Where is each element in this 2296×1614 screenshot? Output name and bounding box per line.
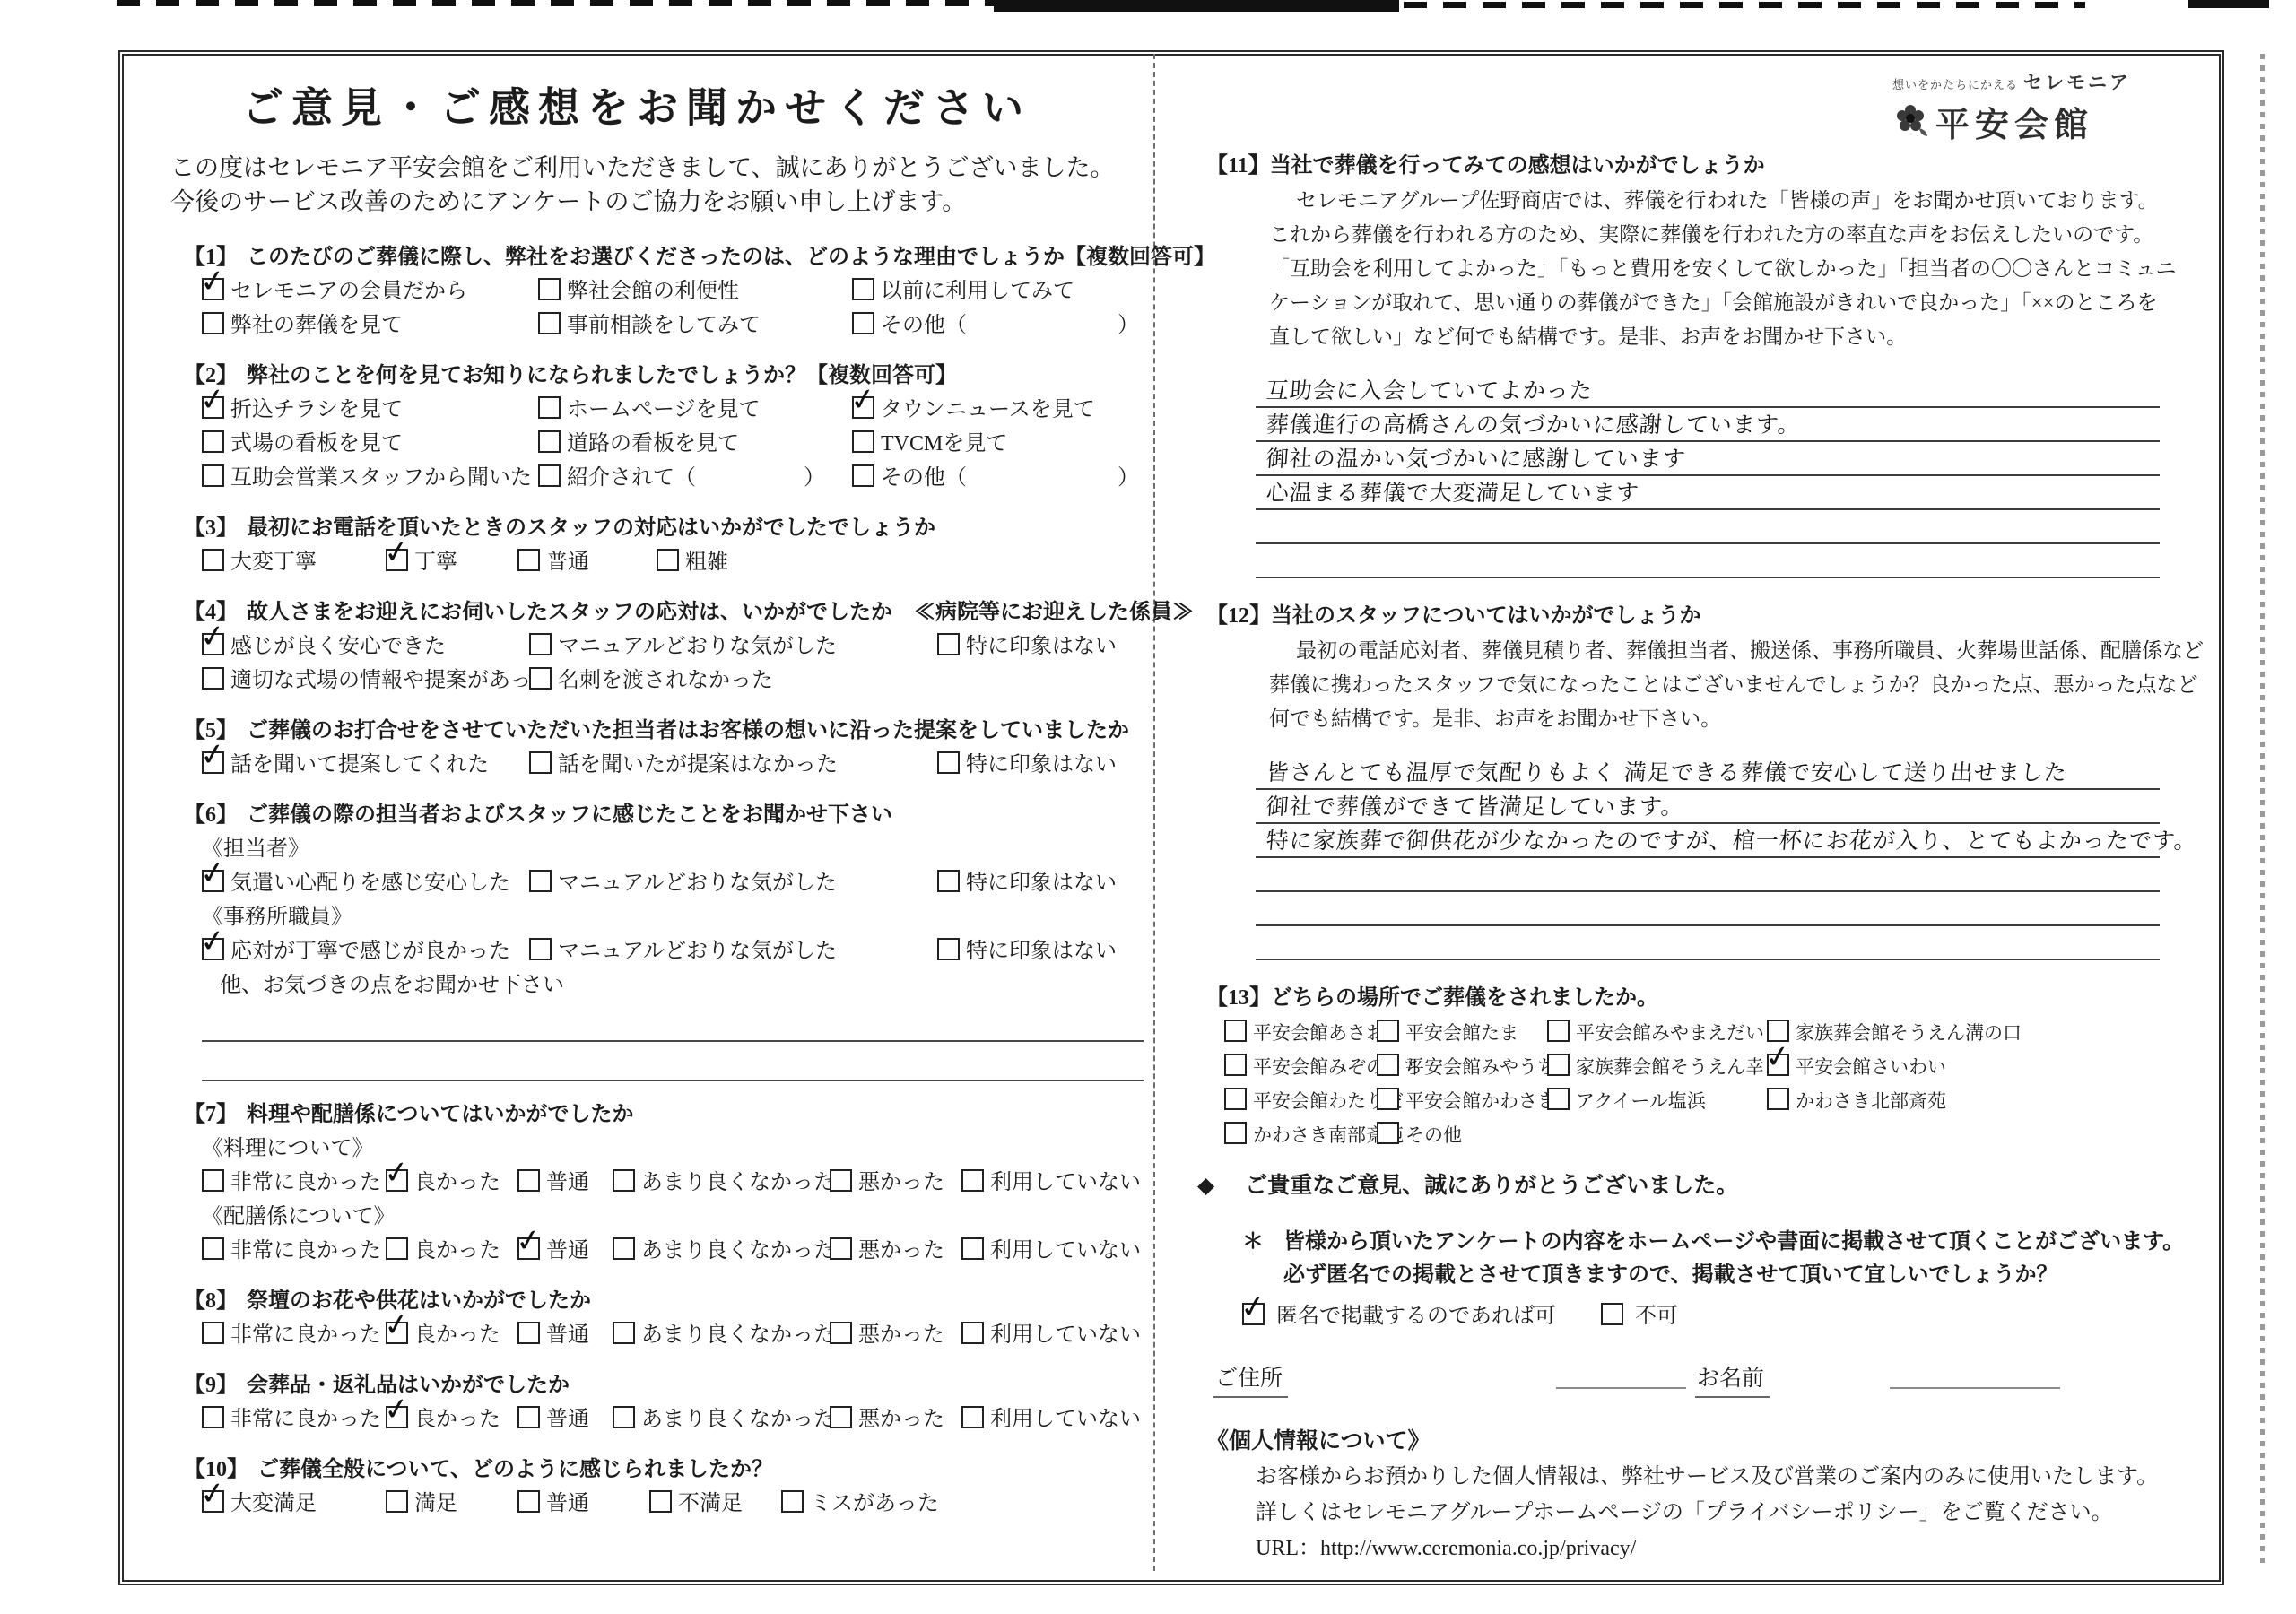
survey-option[interactable]: ミスがあった: [781, 1487, 1142, 1521]
checked-checkbox[interactable]: [386, 1406, 408, 1428]
answer-line[interactable]: [1256, 892, 2160, 926]
question-text: 故人さまをお迎えにお伺いしたスタッフの応対は、いかがでしたか ≪病院等にお迎えし…: [247, 601, 1194, 624]
checked-checkbox[interactable]: [852, 396, 874, 419]
question-text: ご葬儀全般について、どのように感じられましたか？: [257, 1458, 773, 1481]
question-text: 会葬品・返礼品はいかがでしたか: [247, 1374, 570, 1397]
option-label: 事前相談をしてみて: [567, 314, 761, 337]
survey-option[interactable]: 丁寧: [386, 545, 517, 579]
answer-line[interactable]: [1256, 510, 2160, 544]
scan-artifact: [2188, 0, 2269, 8]
checkbox[interactable]: [529, 938, 552, 960]
option-label: 非常に良かった: [230, 1323, 381, 1347]
option-label: 利用していない: [990, 1171, 1141, 1194]
options-row: セレモニアの会員だから弊社会館の利便性以前に利用してみて: [184, 274, 1142, 308]
checked-checkbox[interactable]: [386, 1169, 408, 1192]
left-column: 【1】このたびのご葬儀に際し、弊社をお選びくださったのは、どのような理由でしょう…: [184, 240, 1142, 1537]
scanned-survey-page: ご意見・ご感想をお聞かせください この度はセレモニア平安会館をご利用いただきまし…: [0, 0, 2296, 1614]
option-label: ミスがあった: [810, 1492, 939, 1515]
question-label: 【9】会葬品・返礼品はいかがでしたか: [184, 1368, 1142, 1402]
survey-option[interactable]: 非常に良かった: [202, 1318, 386, 1352]
survey-option[interactable]: 非常に良かった: [202, 1166, 386, 1200]
answer-line[interactable]: [1256, 858, 2160, 892]
options-row: 互助会営業スタッフから聞いた紹介されて（ ）その他（ ）: [184, 461, 1142, 495]
checkbox[interactable]: [386, 1237, 408, 1260]
checkbox[interactable]: [852, 312, 874, 334]
survey-option[interactable]: 弊社会館の利便性: [538, 274, 852, 308]
address-label: ご住所: [1213, 1360, 1288, 1398]
survey-option[interactable]: 平安会館あさお: [1224, 1016, 1377, 1050]
checked-checkbox[interactable]: [517, 1237, 540, 1260]
checkbox[interactable]: [202, 1322, 224, 1344]
question-number: 【3】: [184, 516, 238, 540]
survey-option[interactable]: 気遣い心配りを感じ安心した: [202, 866, 529, 900]
survey-option[interactable]: あまり良くなかった: [613, 1234, 830, 1268]
survey-option[interactable]: セレモニアの会員だから: [202, 274, 538, 308]
question-label: 【4】故人さまをお迎えにお伺いしたスタッフの応対は、いかがでしたか ≪病院等にお…: [184, 595, 1142, 629]
survey-option[interactable]: 平安会館みやまえだいら: [1547, 1016, 1767, 1050]
option-label: 悪かった: [858, 1323, 944, 1347]
survey-option[interactable]: その他（ ）: [852, 461, 1142, 495]
question-12: 【12】当社のスタッフについてはいかがでしょうか最初の電話応対者、葬儀見積り者、…: [1206, 598, 2204, 960]
thanks-note: ◆ ご貴重なご意見、誠にありがとうございました。: [1197, 1170, 2204, 1202]
option-label: 感じが良く安心できた: [230, 635, 446, 658]
handwritten-answer: 互助会に入会していてよかった: [1265, 373, 1595, 405]
option-label: その他（ ）: [881, 466, 1139, 490]
checkbox[interactable]: [202, 549, 224, 571]
checked-checkbox[interactable]: [202, 1490, 224, 1513]
checked-checkbox[interactable]: [202, 870, 224, 892]
survey-option[interactable]: 良かった: [386, 1166, 517, 1200]
survey-option[interactable]: 式場の看板を見て: [202, 427, 538, 461]
options-row: 平安会館みぞのくち平安会館みやうち家族葬会館そうえん幸平安会館さいわい: [1206, 1050, 2204, 1084]
options-row: 気遣い心配りを感じ安心したマニュアルどおりな気がした特に印象はない: [184, 866, 1142, 900]
options-row: 式場の看板を見て道路の看板を見てTVCMを見て: [184, 427, 1142, 461]
survey-option[interactable]: 平安会館たま: [1377, 1016, 1547, 1050]
survey-option[interactable]: アクイール塩浜: [1547, 1084, 1767, 1118]
survey-option[interactable]: 粗雑: [657, 545, 1142, 579]
checkbox[interactable]: [613, 1322, 635, 1344]
option-label: 非常に良かった: [230, 1239, 381, 1263]
survey-option[interactable]: あまり良くなかった: [613, 1166, 830, 1200]
checkbox[interactable]: [386, 1490, 408, 1513]
answer-line[interactable]: 皆さんとても温厚で気配りもよく 満足できる葬儀で安心して送り出せました: [1256, 756, 2160, 790]
survey-option[interactable]: 利用していない: [961, 1318, 1142, 1352]
survey-option[interactable]: あまり良くなかった: [613, 1318, 830, 1352]
survey-option[interactable]: 平安会館みぞのくち: [1224, 1050, 1377, 1084]
checkbox[interactable]: [937, 633, 960, 655]
right-column: 【11】当社で葬儀を行ってみての感想はいかがでしょうかセレモニアグループ佐野商店…: [1206, 148, 2204, 1566]
option-label: 満足: [414, 1492, 457, 1515]
checkbox[interactable]: [830, 1169, 852, 1192]
question-label: 【11】当社で葬儀を行ってみての感想はいかがでしょうか: [1206, 148, 2204, 184]
survey-option[interactable]: 特に印象はない: [937, 934, 1142, 968]
survey-option[interactable]: 家族葬会館そうえん溝の口: [1767, 1016, 2204, 1050]
survey-option[interactable]: 利用していない: [961, 1402, 1142, 1436]
checkbox[interactable]: [1377, 1020, 1399, 1042]
option-label: 良かった: [414, 1239, 500, 1263]
question-label: 【8】祭壇のお花や供花はいかがでしたか: [184, 1284, 1142, 1318]
answer-line[interactable]: [202, 1002, 1144, 1042]
survey-option[interactable]: 平安会館かわさき: [1377, 1084, 1547, 1118]
option-label: 大変丁寧: [230, 551, 317, 574]
survey-option[interactable]: 平安会館さいわい: [1767, 1050, 2204, 1084]
checkbox[interactable]: [830, 1237, 852, 1260]
option-label: 話を聞いたが提案はなかった: [558, 753, 838, 777]
survey-option[interactable]: 良かった: [386, 1318, 517, 1352]
question-text: どちらの場所でご葬儀をされましたか。: [1271, 986, 1658, 1010]
options-row: 大変丁寧丁寧普通粗雑: [184, 545, 1142, 579]
checkbox[interactable]: [937, 751, 960, 774]
checkbox[interactable]: [517, 1322, 540, 1344]
question-11: 【11】当社で葬儀を行ってみての感想はいかがでしょうかセレモニアグループ佐野商店…: [1206, 148, 2204, 578]
option-label: アクイール塩浜: [1576, 1090, 1706, 1112]
survey-option[interactable]: 不満足: [649, 1487, 781, 1521]
survey-option[interactable]: 普通: [517, 1402, 613, 1436]
answer-line[interactable]: [1256, 544, 2160, 578]
option-label: 利用していない: [990, 1408, 1141, 1431]
survey-option[interactable]: マニュアルどおりな気がした: [529, 629, 937, 664]
checkbox[interactable]: [1547, 1054, 1570, 1076]
question-text: 祭壇のお花や供花はいかがでしたか: [247, 1289, 591, 1313]
handwritten-answer: 皆さんとても温厚で気配りもよく 満足できる葬儀で安心して送り出せました: [1265, 755, 2068, 787]
survey-option[interactable]: 特に印象はない: [937, 748, 1142, 782]
question-number: 【9】: [184, 1374, 238, 1397]
question-label: 【1】このたびのご葬儀に際し、弊社をお選びくださったのは、どのような理由でしょう…: [184, 240, 1142, 274]
checkbox[interactable]: [202, 430, 224, 453]
survey-option[interactable]: 適切な式場の情報や提案があった: [202, 664, 529, 698]
question-text: このたびのご葬儀に際し、弊社をお選びくださったのは、どのような理由でしょうか【複…: [247, 246, 1215, 269]
option-label: その他: [1405, 1124, 1462, 1146]
question-text: 最初にお電話を頂いたときのスタッフの対応はいかがでしたでしょうか: [247, 516, 935, 540]
survey-option[interactable]: 利用していない: [961, 1166, 1142, 1200]
column-divider-dashed-line: [1153, 54, 1155, 1571]
survey-option[interactable]: 名刺を渡されなかった: [529, 664, 937, 698]
survey-option[interactable]: 特に印象はない: [937, 866, 1142, 900]
checkbox[interactable]: [529, 633, 552, 655]
question-number: 【8】: [184, 1289, 238, 1313]
survey-option[interactable]: 普通: [517, 1166, 613, 1200]
checkbox[interactable]: [202, 1237, 224, 1260]
handwritten-answer: 御社で葬儀ができて皆満足しています。: [1265, 789, 1686, 821]
survey-option[interactable]: 特に印象はない: [937, 629, 1142, 664]
answer-line[interactable]: 御社の温かい気づかいに感謝しています: [1256, 442, 2160, 476]
survey-option[interactable]: 事前相談をしてみて: [538, 308, 852, 343]
question-block: 【6】ご葬儀の際の担当者およびスタッフに感じたことをお聞かせ下さい《担当者》気遣…: [184, 798, 1142, 1081]
description-line: ケーションが取れて、思い通りの葬儀ができた」「会館施設がきれいで良かった」「××…: [1269, 286, 2204, 320]
option-label: セレモニアの会員だから: [230, 280, 467, 303]
option-label: 普通: [546, 1323, 589, 1347]
handwritten-answer: 心温まる葬儀で大変満足しています: [1265, 475, 1641, 508]
option-label: 悪かった: [858, 1408, 944, 1431]
answer-line[interactable]: 御社で葬儀ができて皆満足しています。: [1256, 790, 2160, 824]
checkbox[interactable]: [1601, 1303, 1623, 1325]
checkbox[interactable]: [517, 549, 540, 571]
checkbox[interactable]: [202, 667, 224, 690]
answer-line[interactable]: 特に家族葬で御供花が少なかったのですが、棺一杯にお花が入り、とてもよかったです。: [1256, 824, 2160, 858]
checkbox[interactable]: [1242, 1303, 1265, 1325]
survey-option[interactable]: 大変満足: [202, 1487, 386, 1521]
survey-option[interactable]: その他: [1377, 1118, 1547, 1152]
privacy-url: URL：http://www.ceremonia.co.jp/privacy/: [1256, 1531, 2204, 1566]
option-label: 式場の看板を見て: [230, 432, 403, 456]
consent-row: 匿名で掲載するのであれば可 不可: [1206, 1297, 2204, 1335]
checkbox[interactable]: [1547, 1088, 1570, 1110]
checkbox[interactable]: [961, 1169, 984, 1192]
question-label: 【12】当社のスタッフについてはいかがでしょうか: [1206, 598, 2204, 634]
checkbox[interactable]: [852, 464, 874, 487]
question-block: 【4】故人さまをお迎えにお伺いしたスタッフの応対は、いかがでしたか ≪病院等にお…: [184, 595, 1142, 698]
checkbox[interactable]: [202, 1406, 224, 1428]
option-label: 以前に利用してみて: [881, 280, 1074, 303]
name-input-line[interactable]: [1890, 1360, 2060, 1389]
question-block: 【10】ご葬儀全般について、どのように感じられましたか？大変満足満足普通不満足ミ…: [184, 1453, 1142, 1521]
address-input-line[interactable]: [1556, 1360, 1686, 1389]
option-label: あまり良くなかった: [641, 1323, 835, 1347]
survey-option[interactable]: 平安会館わたりだ: [1224, 1084, 1377, 1118]
checkbox[interactable]: [1224, 1088, 1247, 1110]
checkbox[interactable]: [538, 278, 561, 300]
publication-note: ＊ 皆様から頂いたアンケートの内容をホームページや書面に掲載させて頂くことがござ…: [1242, 1226, 2204, 1292]
checkbox[interactable]: [830, 1406, 852, 1428]
checkbox[interactable]: [538, 312, 561, 334]
option-label: 平安会館さいわい: [1796, 1056, 1946, 1078]
checkbox[interactable]: [1377, 1122, 1399, 1144]
option-label: 折込チラシを見て: [230, 398, 403, 421]
checkbox[interactable]: [613, 1237, 635, 1260]
question-label: 【6】ご葬儀の際の担当者およびスタッフに感じたことをお聞かせ下さい: [184, 798, 1142, 832]
question-number: 【12】: [1206, 604, 1271, 628]
option-label: 利用していない: [990, 1239, 1141, 1263]
answer-line[interactable]: 葬儀進行の高橋さんの気づかいに感謝しています。: [1256, 408, 2160, 442]
checkbox[interactable]: [852, 430, 874, 453]
option-label: 普通: [546, 1239, 589, 1263]
handwritten-answer: 葬儀進行の高橋さんの気づかいに感謝しています。: [1265, 407, 1803, 439]
checkbox[interactable]: [202, 1169, 224, 1192]
question-label: 【7】料理や配膳係についてはいかがでしたか: [184, 1098, 1142, 1132]
checked-checkbox[interactable]: [386, 549, 408, 571]
checkbox[interactable]: [529, 870, 552, 892]
survey-option[interactable]: 応対が丁寧で感じが良かった: [202, 934, 529, 968]
survey-option[interactable]: 非常に良かった: [202, 1402, 386, 1436]
survey-option[interactable]: 普通: [517, 1487, 649, 1521]
checkbox[interactable]: [1224, 1054, 1247, 1076]
checkbox[interactable]: [961, 1322, 984, 1344]
checkbox[interactable]: [538, 430, 561, 453]
checkbox[interactable]: [613, 1406, 635, 1428]
survey-option[interactable]: 悪かった: [830, 1402, 961, 1436]
survey-option[interactable]: 良かった: [386, 1402, 517, 1436]
description-line: 「互助会を利用してよかった」「もっと費用を安くして欲しかった」「担当者の〇〇さん…: [1269, 252, 2204, 286]
option-label: 紹介されて（ ）: [567, 466, 825, 490]
checked-checkbox[interactable]: [202, 938, 224, 960]
survey-option[interactable]: あまり良くなかった: [613, 1402, 830, 1436]
checkbox[interactable]: [538, 464, 561, 487]
checkbox[interactable]: [961, 1237, 984, 1260]
answer-line[interactable]: [202, 1042, 1144, 1081]
checkbox[interactable]: [657, 549, 679, 571]
survey-option[interactable]: 家族葬会館そうえん幸: [1547, 1050, 1767, 1084]
survey-option[interactable]: TVCMを見て: [852, 427, 1142, 461]
brand-name: セレモニア: [2023, 72, 2131, 93]
question-block: 【7】料理や配膳係についてはいかがでしたか《料理について》非常に良かった良かった…: [184, 1098, 1142, 1268]
checkbox[interactable]: [961, 1406, 984, 1428]
brand-logo: 想いをかたちにかえるセレモニア 平安会館: [1892, 68, 2188, 146]
checkbox[interactable]: [1224, 1122, 1247, 1144]
options-row: 非常に良かった良かった普通あまり良くなかった悪かった利用していない: [184, 1234, 1142, 1268]
survey-option[interactable]: 大変丁寧: [202, 545, 386, 579]
question-number: 【6】: [184, 803, 238, 827]
checked-checkbox[interactable]: [202, 396, 224, 419]
checkbox[interactable]: [1767, 1088, 1789, 1110]
survey-option[interactable]: 非常に良かった: [202, 1234, 386, 1268]
option-label: 特に印象はない: [966, 940, 1117, 963]
answer-line[interactable]: 互助会に入会していてよかった: [1256, 374, 2160, 408]
handwritten-answer: 御社の温かい気づかいに感謝しています: [1265, 441, 1688, 473]
option-label: 家族葬会館そうえん幸: [1576, 1056, 1764, 1078]
survey-option[interactable]: 良かった: [386, 1234, 517, 1268]
publication-note-line-2: 必ず匿名での掲載とさせて頂きますので、掲載させて頂いて宜しいでしょうか？: [1283, 1259, 2184, 1292]
survey-option[interactable]: 悪かった: [830, 1166, 961, 1200]
option-label: 粗雑: [685, 551, 728, 574]
brand-tagline: 想いをかたちにかえるセレモニア: [1892, 68, 2188, 95]
scan-artifact: [994, 0, 1399, 12]
survey-option[interactable]: 折込チラシを見て: [202, 393, 538, 427]
option-label: TVCMを見て: [881, 432, 1007, 456]
checkbox[interactable]: [1547, 1020, 1570, 1042]
checkbox[interactable]: [1377, 1088, 1399, 1110]
answer-line[interactable]: 心温まる葬儀で大変満足しています: [1256, 476, 2160, 510]
checkbox[interactable]: [538, 396, 561, 419]
survey-option[interactable]: 話を聞いて提案してくれた: [202, 748, 529, 782]
option-label: 悪かった: [858, 1239, 944, 1263]
question-text: 料理や配膳係についてはいかがでしたか: [247, 1103, 634, 1126]
checked-checkbox[interactable]: [202, 278, 224, 300]
question-label: 【5】ご葬儀のお打合せをさせていただいた担当者はお客様の想いに沿った提案をしてい…: [184, 714, 1142, 748]
description-line: 最初の電話応対者、葬儀見積り者、葬儀担当者、搬送係、事務所職員、火葬場世話係、配…: [1269, 634, 2204, 668]
checked-checkbox[interactable]: [202, 751, 224, 774]
checkbox[interactable]: [517, 1490, 540, 1513]
scan-artifact: [2260, 54, 2265, 1569]
checkbox[interactable]: [613, 1169, 635, 1192]
survey-option[interactable]: 普通: [517, 545, 657, 579]
question-label: 【3】最初にお電話を頂いたときのスタッフの対応はいかがでしたでしょうか: [184, 511, 1142, 545]
option-label: 互助会営業スタッフから聞いた: [230, 466, 532, 490]
thanks-text: ご貴重なご意見、誠にありがとうございました。: [1245, 1170, 1738, 1202]
description-line: 葬儀に携わったスタッフで気になったことはございませんでしょうか？良かった点、悪か…: [1269, 668, 2204, 702]
option-group-heading: 《配膳係について》: [184, 1200, 1142, 1234]
checkbox[interactable]: [517, 1406, 540, 1428]
checkbox[interactable]: [1377, 1054, 1399, 1076]
option-label: 名刺を渡されなかった: [558, 669, 773, 692]
option-label: 話を聞いて提案してくれた: [230, 753, 489, 777]
privacy-heading: 《個人情報について》: [1206, 1425, 2204, 1459]
option-label: あまり良くなかった: [641, 1171, 835, 1194]
survey-option[interactable]: 悪かった: [830, 1234, 961, 1268]
survey-option[interactable]: 互助会営業スタッフから聞いた: [202, 461, 538, 495]
survey-option[interactable]: 悪かった: [830, 1318, 961, 1352]
option-label: マニュアルどおりな気がした: [558, 940, 837, 963]
option-label: 気遣い心配りを感じ安心した: [230, 872, 510, 895]
survey-option[interactable]: 紹介されて（ ）: [538, 461, 852, 495]
survey-option[interactable]: 話を聞いたが提案はなかった: [529, 748, 937, 782]
survey-option[interactable]: タウンニュースを見て: [852, 393, 1142, 427]
survey-option[interactable]: 利用していない: [961, 1234, 1142, 1268]
options-row: 非常に良かった良かった普通あまり良くなかった悪かった利用していない: [184, 1402, 1142, 1436]
consent-anonymous-ok-option[interactable]: 匿名で掲載するのであれば可: [1242, 1297, 1556, 1329]
description-line: 直して欲しい」など何でも結構です。是非、お声をお聞かせ下さい。: [1269, 320, 2204, 354]
checked-checkbox[interactable]: [386, 1322, 408, 1344]
survey-option[interactable]: かわさき北部斎苑: [1767, 1084, 2204, 1118]
checkbox[interactable]: [937, 870, 960, 892]
survey-option[interactable]: 普通: [517, 1318, 613, 1352]
option-label: 不満足: [678, 1492, 743, 1515]
answer-line[interactable]: [1256, 926, 2160, 960]
option-label: 弊社会館の利便性: [567, 280, 739, 303]
checkbox[interactable]: [202, 312, 224, 334]
option-label: 利用していない: [990, 1323, 1141, 1347]
asterisk-icon: ＊: [1242, 1226, 1264, 1292]
name-label: お名前: [1695, 1360, 1770, 1398]
question-label: 【2】弊社のことを何を見てお知りになられましたでしょうか？【複数回答可】: [184, 359, 1142, 393]
survey-option[interactable]: 普通: [517, 1234, 613, 1268]
options-row: 大変満足満足普通不満足ミスがあった: [184, 1487, 1142, 1521]
checkbox[interactable]: [830, 1322, 852, 1344]
option-label: 家族葬会館そうえん溝の口: [1796, 1022, 2022, 1044]
handwritten-answer: 特に家族葬で御供花が少なかったのですが、棺一杯にお花が入り、とてもよかったです。: [1265, 823, 2199, 855]
survey-option[interactable]: 感じが良く安心できた: [202, 629, 529, 664]
option-label: 平安会館みやうち: [1405, 1056, 1556, 1078]
checkbox[interactable]: [517, 1169, 540, 1192]
question-label: 【10】ご葬儀全般について、どのように感じられましたか？: [184, 1453, 1142, 1487]
checkbox[interactable]: [202, 464, 224, 487]
option-label: 平安会館みやまえだいら: [1576, 1022, 1783, 1044]
checkbox[interactable]: [649, 1490, 672, 1513]
survey-option[interactable]: 以前に利用してみて: [852, 274, 1142, 308]
survey-option[interactable]: ホームページを見て: [538, 393, 852, 427]
page-title: ご意見・ご感想をお聞かせください: [242, 75, 1031, 134]
checkbox[interactable]: [781, 1490, 804, 1513]
survey-option[interactable]: かわさき南部斎苑: [1224, 1118, 1377, 1152]
option-label: 平安会館かわさき: [1405, 1090, 1556, 1112]
survey-option[interactable]: 道路の看板を見て: [538, 427, 852, 461]
checkbox[interactable]: [852, 278, 874, 300]
question-block: 【3】最初にお電話を頂いたときのスタッフの対応はいかがでしたでしょうか大変丁寧丁…: [184, 511, 1142, 579]
privacy-line-2: 詳しくはセレモニアグループホームページの「プライバシーポリシー」をご覧ください。: [1256, 1495, 2204, 1531]
question-block: 【8】祭壇のお花や供花はいかがでしたか非常に良かった良かった普通あまり良くなかっ…: [184, 1284, 1142, 1352]
option-label: 特に印象はない: [966, 753, 1117, 777]
checkbox[interactable]: [529, 667, 552, 690]
checkbox[interactable]: [937, 938, 960, 960]
survey-option[interactable]: 満足: [386, 1487, 517, 1521]
question-number: 【7】: [184, 1103, 238, 1126]
survey-option[interactable]: その他（ ）: [852, 308, 1142, 343]
checked-checkbox[interactable]: [1767, 1054, 1789, 1076]
survey-option[interactable]: マニュアルどおりな気がした: [529, 934, 937, 968]
question-description: セレモニアグループ佐野商店では、葬儀を行われた「皆様の声」をお聞かせ頂いておりま…: [1269, 184, 2204, 354]
description-line: これから葬儀を行われる方のため、実際に葬儀を行われた方の率直な声をお伝えしたいの…: [1269, 218, 2204, 252]
survey-option[interactable]: 平安会館みやうち: [1377, 1050, 1547, 1084]
consent-not-allowed-option[interactable]: 不可: [1601, 1297, 1678, 1329]
question-block: 【2】弊社のことを何を見てお知りになられましたでしょうか？【複数回答可】折込チラ…: [184, 359, 1142, 495]
survey-option[interactable]: マニュアルどおりな気がした: [529, 866, 937, 900]
checkbox[interactable]: [529, 751, 552, 774]
survey-option[interactable]: 弊社の葬儀を見て: [202, 308, 538, 343]
checked-checkbox[interactable]: [202, 633, 224, 655]
option-label: 平安会館たま: [1405, 1022, 1518, 1044]
checkbox[interactable]: [1224, 1020, 1247, 1042]
consent-ng-label: 不可: [1635, 1305, 1678, 1328]
option-label: 応対が丁寧で感じが良かった: [230, 940, 510, 963]
